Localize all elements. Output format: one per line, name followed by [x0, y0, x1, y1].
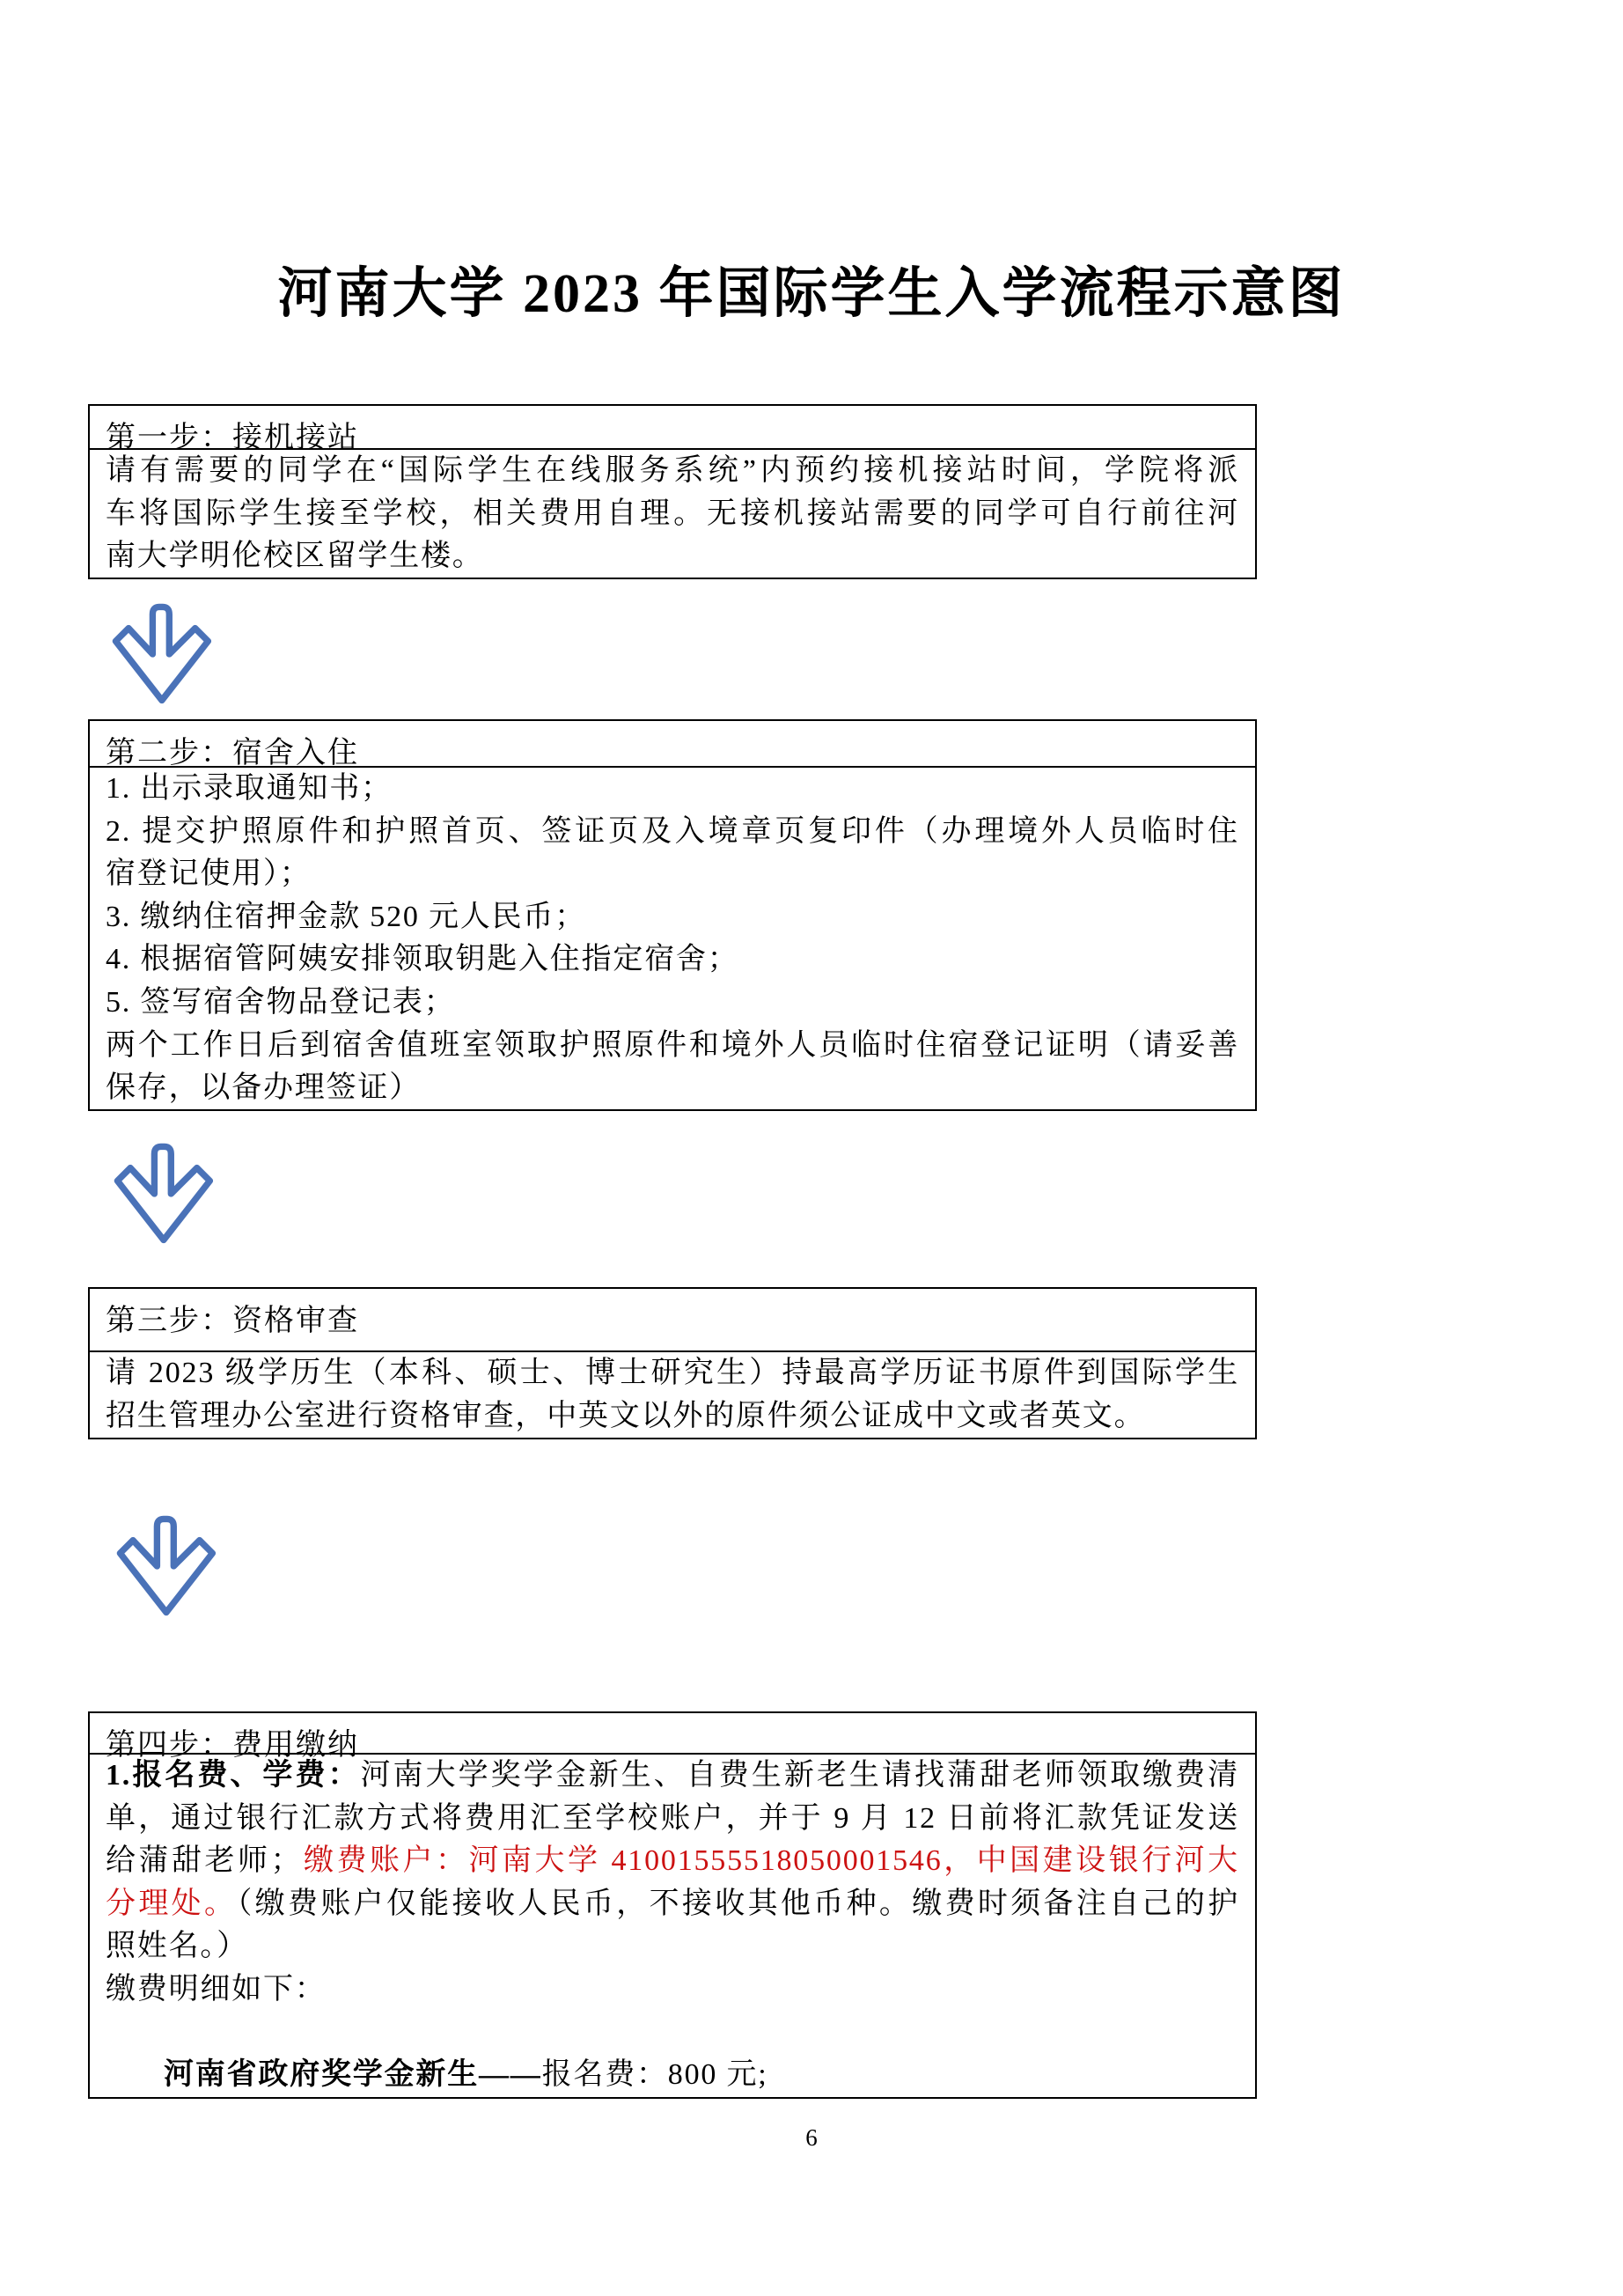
step-box-4: 第四步：费用缴纳 1.报名费、学费：河南大学奖学金新生、自费生新老生请找蒲甜老师… [88, 1711, 1257, 2099]
step-3-header: 第三步：资格审查 [90, 1289, 1255, 1352]
text-line: 4. 根据宿管阿姨安排领取钥匙入住指定宿舍； [106, 938, 1239, 982]
text-segment: 保存，以备办理签证） [106, 1071, 421, 1104]
step-1-body: 请有需要的同学在“国际学生在线服务系统”内预约接机接站时间，学院将派车将国际学生… [90, 450, 1255, 578]
text-line: 请 2023 级学历生（本科、硕士、博士研究生）持最高学历证书原件到国际学生 [106, 1352, 1239, 1395]
page-number: 6 [0, 2124, 1623, 2152]
text-line: 1. 出示录取通知书； [106, 768, 1239, 811]
text-segment: 缴费明细如下： [106, 1973, 327, 2005]
bold-text-segment: 1.报名费、学费： [106, 1759, 361, 1792]
text-line: 南大学明伦校区留学生楼。 [106, 535, 1239, 578]
text-line: 单，通过银行汇款方式将费用汇至学校账户，并于 9 月 12 日前将汇款凭证发送 [106, 1798, 1239, 1841]
text-segment: 3. 缴纳住宿押金款 520 元人民币； [106, 901, 586, 933]
down-arrow-icon [106, 1511, 230, 1622]
text-line: 缴费明细如下： [106, 1969, 1239, 2012]
text-segment: 2. 提交护照原件和护照首页、签证页及入境章页复印件（办理境外人员临时住 [106, 815, 1239, 848]
text-segment: 5. 签写宿舍物品登记表； [106, 986, 455, 1019]
text-segment: 报名费：800 元; [542, 2058, 768, 2091]
text-segment: 请有需要的同学在“国际学生在线服务系统”内预约接机接站时间，学院将派 [106, 454, 1239, 487]
red-text-segment: 缴费账户：河南大学 41001555518050001546，中国建设银行河大 [302, 1844, 1239, 1877]
text-line: 1.报名费、学费：河南大学奖学金新生、自费生新老生请找蒲甜老师领取缴费清 [106, 1755, 1239, 1798]
text-line: 2. 提交护照原件和护照首页、签证页及入境章页复印件（办理境外人员临时住 [106, 811, 1239, 854]
step-box-3: 第三步：资格审查 请 2023 级学历生（本科、硕士、博士研究生）持最高学历证书… [88, 1287, 1257, 1439]
text-line: 保存，以备办理签证） [106, 1067, 1239, 1110]
text-segment: （缴费账户仅能接收人民币，不接收其他币种。缴费时须备注自己的护 [237, 1888, 1239, 1920]
text-segment: 4. 根据宿管阿姨安排领取钥匙入住指定宿舍； [106, 943, 739, 975]
step-2-header: 第二步：宿舍入住 [90, 721, 1255, 768]
text-line: 给蒲甜老师；缴费账户：河南大学 41001555518050001546，中国建… [106, 1840, 1239, 1883]
document-page: { "page": { "title": "河南大学 2023 年国际学生入学流… [0, 0, 1623, 2296]
text-segment: 给蒲甜老师； [106, 1844, 302, 1877]
step-box-1: 第一步：接机接站 请有需要的同学在“国际学生在线服务系统”内预约接机接站时间，学… [88, 404, 1257, 579]
text-segment: 两个工作日后到宿舍值班室领取护照原件和境外人员临时住宿登记证明（请妥善 [106, 1029, 1239, 1062]
step-4-body: 1.报名费、学费：河南大学奖学金新生、自费生新老生请找蒲甜老师领取缴费清单，通过… [90, 1755, 1255, 2097]
text-line: 3. 缴纳住宿押金款 520 元人民币； [106, 896, 1239, 939]
text-line [106, 2012, 1239, 2055]
text-line: 宿登记使用）； [106, 853, 1239, 896]
text-line: 分理处。（缴费账户仅能接收人民币，不接收其他币种。缴费时须备注自己的护 [106, 1883, 1239, 1926]
text-segment: 单，通过银行汇款方式将费用汇至学校账户，并于 9 月 12 日前将汇款凭证发送 [106, 1802, 1239, 1835]
text-line: 5. 签写宿舍物品登记表； [106, 982, 1239, 1025]
bold-text-segment: 河南省政府奖学金新生—— [164, 2058, 542, 2091]
red-text-segment: 分理处。 [106, 1888, 237, 1920]
step-3-body: 请 2023 级学历生（本科、硕士、博士研究生）持最高学历证书原件到国际学生招生… [90, 1352, 1255, 1438]
text-segment: 南大学明伦校区留学生楼。 [106, 540, 484, 572]
text-segment: 照姓名。） [106, 1930, 248, 1962]
text-line: 照姓名。） [106, 1925, 1239, 1969]
text-segment: 招生管理办公室进行资格审查，中英文以外的原件须公证成中文或者英文。 [106, 1400, 1145, 1432]
text-line: 两个工作日后到宿舍值班室领取护照原件和境外人员临时住宿登记证明（请妥善 [106, 1025, 1239, 1068]
text-segment: 河南大学奖学金新生、自费生新老生请找蒲甜老师领取缴费清 [361, 1759, 1239, 1792]
text-segment: 请 2023 级学历生（本科、硕士、博士研究生）持最高学历证书原件到国际学生 [106, 1357, 1239, 1389]
text-segment: 车将国际学生接至学校，相关费用自理。无接机接站需要的同学可自行前往河 [106, 497, 1239, 530]
step-box-2: 第二步：宿舍入住 1. 出示录取通知书；2. 提交护照原件和护照首页、签证页及入… [88, 719, 1257, 1111]
step-4-header: 第四步：费用缴纳 [90, 1713, 1255, 1755]
text-line: 河南省政府奖学金新生——报名费：800 元; [106, 2054, 1239, 2097]
text-line: 车将国际学生接至学校，相关费用自理。无接机接站需要的同学可自行前往河 [106, 493, 1239, 536]
text-line: 招生管理办公室进行资格审查，中英文以外的原件须公证成中文或者英文。 [106, 1395, 1239, 1439]
down-arrow-icon [104, 1138, 227, 1249]
text-segment: 宿登记使用）； [106, 857, 312, 890]
step-1-header: 第一步：接机接站 [90, 406, 1255, 450]
step-2-body: 1. 出示录取通知书；2. 提交护照原件和护照首页、签证页及入境章页复印件（办理… [90, 768, 1255, 1110]
text-segment: 1. 出示录取通知书； [106, 772, 393, 805]
page-title: 河南大学 2023 年国际学生入学流程示意图 [0, 249, 1623, 327]
down-arrow-icon [102, 599, 225, 710]
text-line: 请有需要的同学在“国际学生在线服务系统”内预约接机接站时间，学院将派 [106, 450, 1239, 493]
